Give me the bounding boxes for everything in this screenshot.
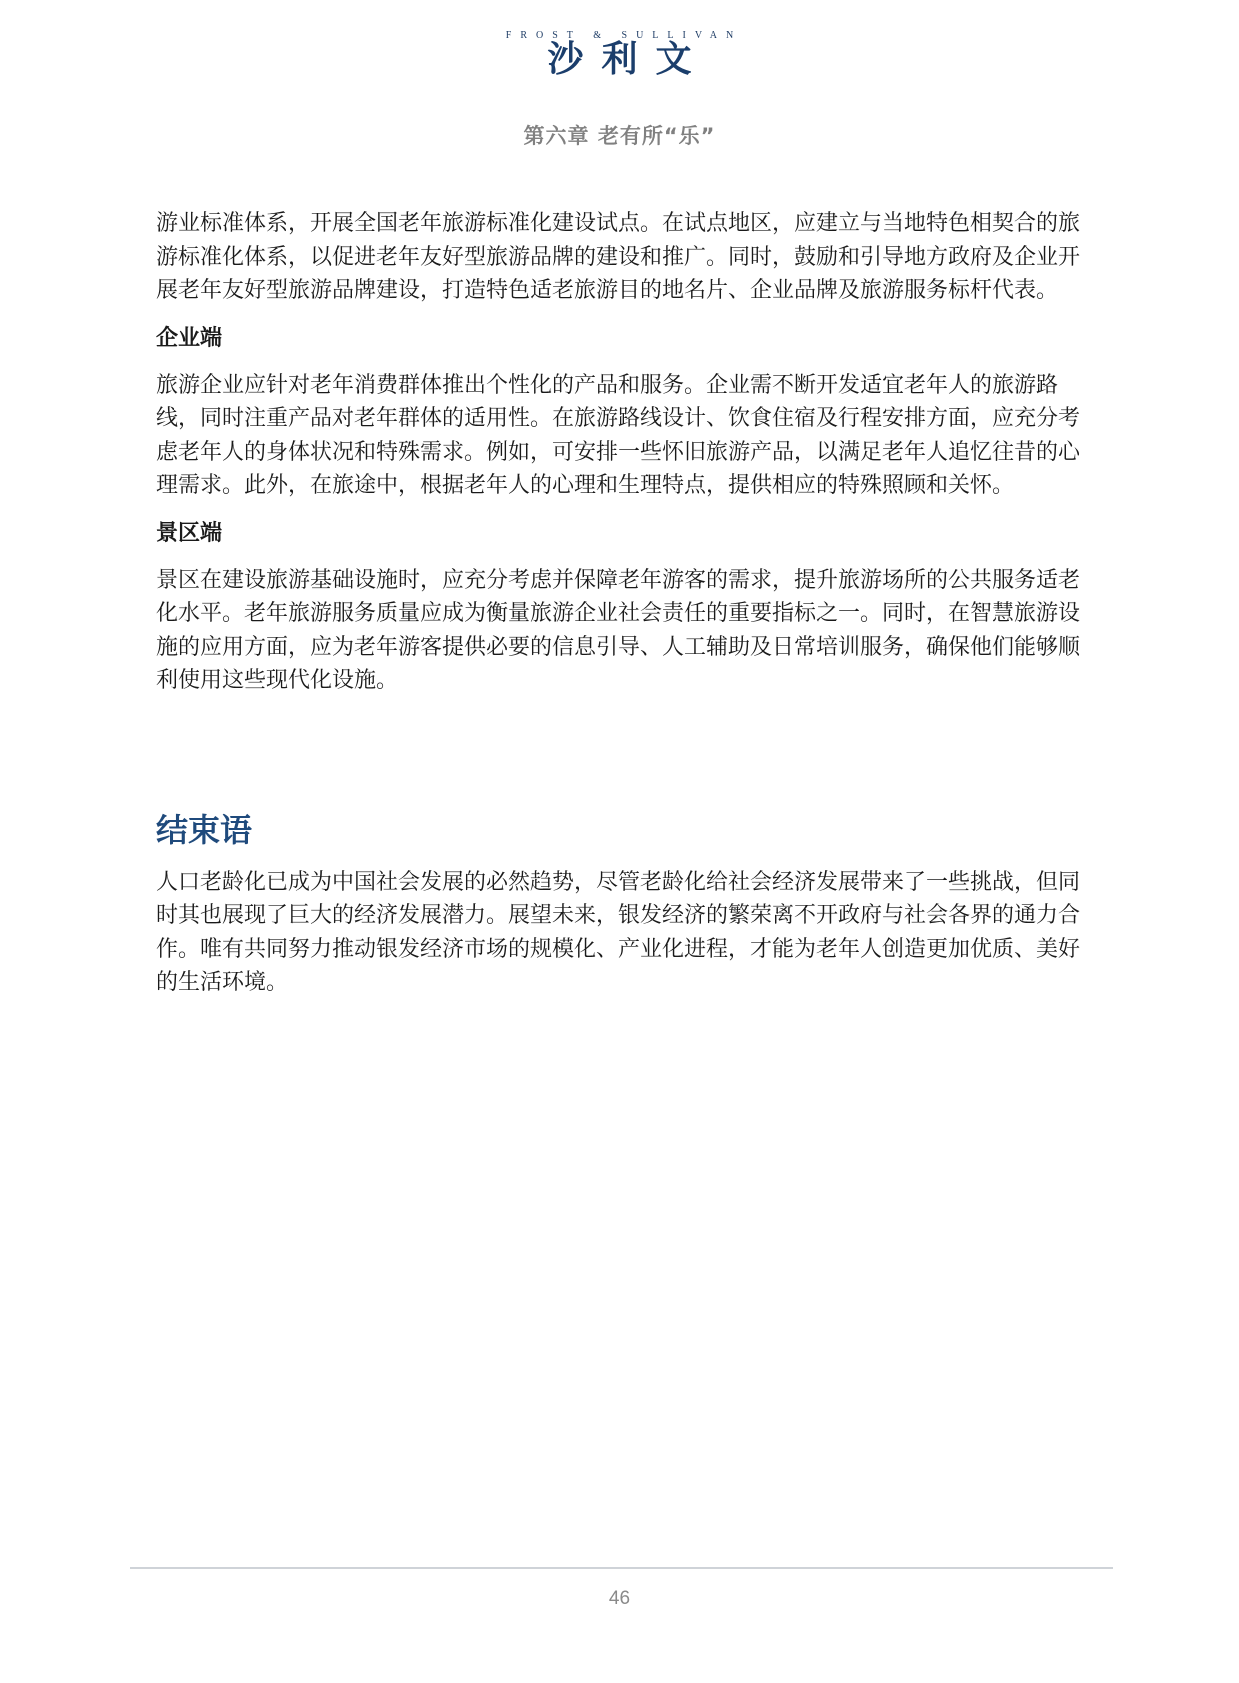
enterprise-paragraph: 旅游企业应针对老年消费群体推出个性化的产品和服务。企业需不断开发适宜老年人的旅游… bbox=[156, 369, 1086, 503]
brand-logo: FROST & SULLIVAN 沙利文 bbox=[0, 30, 1239, 80]
logo-chinese-text: 沙利文 bbox=[18, 40, 1239, 80]
conclusion-paragraph: 人口老龄化已成为中国社会发展的必然趋势，尽管老龄化给社会经济发展带来了一些挑战，… bbox=[156, 866, 1086, 1000]
page-number: 46 bbox=[0, 1588, 1239, 1610]
chapter-title: 第六章 老有所“乐” bbox=[0, 120, 1239, 150]
footer-divider bbox=[130, 1567, 1113, 1569]
conclusion-title: 结束语 bbox=[156, 810, 1086, 850]
enterprise-heading: 企业端 bbox=[156, 322, 1086, 355]
page-content: 游业标准体系，开展全国老年旅游标准化建设试点。在试点地区，应建立与当地特色相契合… bbox=[156, 207, 1086, 1000]
intro-paragraph: 游业标准体系，开展全国老年旅游标准化建设试点。在试点地区，应建立与当地特色相契合… bbox=[156, 207, 1086, 308]
scenic-paragraph: 景区在建设旅游基础设施时，应充分考虑并保障老年游客的需求，提升旅游场所的公共服务… bbox=[156, 564, 1086, 698]
scenic-heading: 景区端 bbox=[156, 517, 1086, 550]
